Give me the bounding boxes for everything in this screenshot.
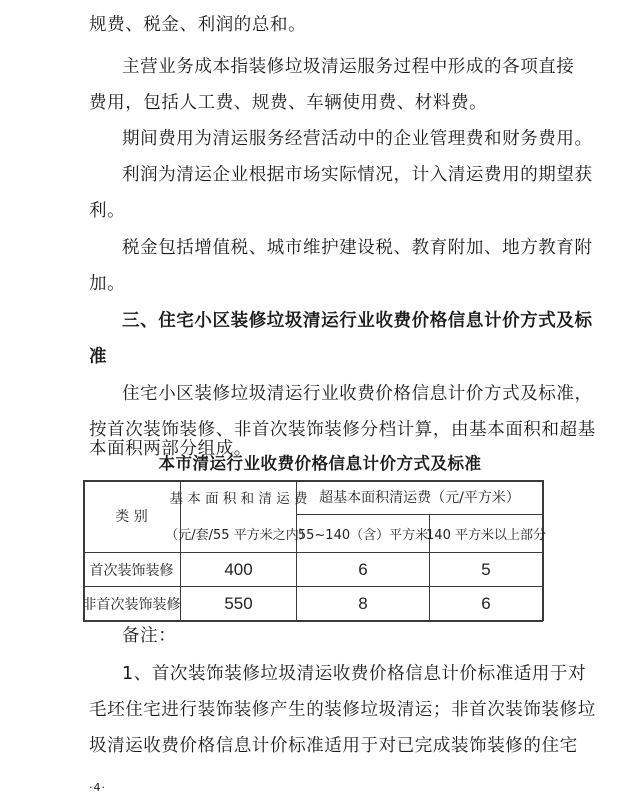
row-category: 非首次装饰装修: [83, 587, 180, 620]
paragraph-line: 住宅小区装修垃圾清运行业收费价格信息计价方式及标准，: [122, 382, 593, 406]
paragraph-line: 规费、税金、利润的总和。: [89, 13, 306, 37]
paragraph-line: 税金包括增值税、城市维护建设税、教育附加、地方教育附: [122, 236, 593, 260]
paragraph-line: 主营业务成本指装修垃圾清运服务过程中形成的各项直接: [122, 55, 575, 79]
header-extra-tier1: 55~140（含）平方米: [297, 515, 429, 552]
header-extra-fee: 超基本面积清运费（元/平方米）: [297, 480, 542, 514]
note-line: 圾清运收费价格信息计价标准适用于对已完成装饰装修的住宅: [89, 734, 578, 758]
page-number: ·4·: [89, 781, 106, 794]
table-border: [83, 620, 543, 622]
paragraph-line: 利。: [89, 199, 125, 223]
row-base-fee: 550: [181, 587, 296, 620]
row-base-fee: 400: [181, 553, 296, 586]
table-border: [542, 480, 544, 621]
paragraph-line: 加。: [89, 272, 125, 296]
notes-label: 备注：: [122, 624, 176, 648]
row-category: 首次装饰装修: [83, 553, 180, 586]
paragraph-line: 本面积两部分组成。: [89, 437, 252, 461]
paragraph-line: 期间费用为清运服务经营活动中的企业管理费和财务费用。: [122, 127, 593, 151]
row-tier1: 6: [297, 553, 429, 586]
row-tier2: 5: [430, 553, 542, 586]
header-base-fee: 基 本 面 积 和 清 运 费: [181, 482, 296, 512]
fee-table: 类 别 基 本 面 积 和 清 运 费 （元/套/55 平方米之内） 超基本面积…: [83, 480, 543, 621]
row-tier2: 6: [430, 587, 542, 620]
note-line: 1、首次装饰装修垃圾清运收费价格信息计价标准适用于对: [122, 662, 586, 686]
note-line: 毛坯住宅进行装饰装修产生的装修垃圾清运；非首次装饰装修垃: [89, 698, 596, 722]
section-heading: 准: [89, 345, 107, 369]
paragraph-line: 费用，包括人工费、规费、车辆使用费、材料费。: [89, 91, 487, 115]
row-tier1: 8: [297, 587, 429, 620]
section-heading: 三、住宅小区装修垃圾清运行业收费价格信息计价方式及标: [122, 309, 593, 333]
paragraph-line: 利润为清运企业根据市场实际情况，计入清运费用的期望获: [122, 163, 593, 187]
header-base-fee-unit: （元/套/55 平方米之内）: [181, 518, 296, 548]
header-extra-tier2: 140 平方米以上部分: [430, 515, 542, 552]
